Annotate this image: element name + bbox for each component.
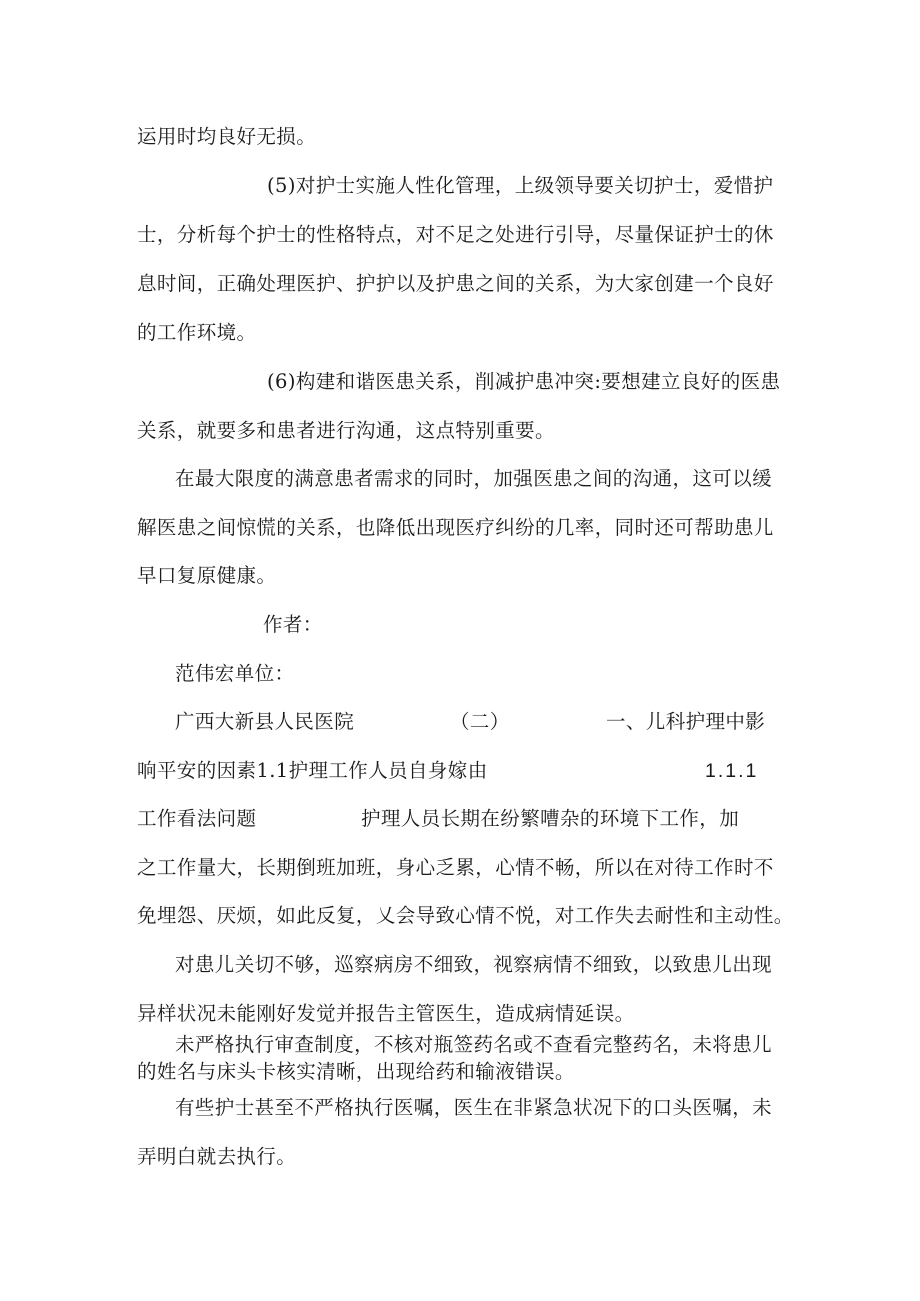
paragraph-line: 免埋怨、厌烦，如此反复，乂会导致心情不悦，对工作失去耐性和主动性。 [137, 904, 794, 928]
paragraph-line: 士，分析每个护士的性格特点，对不足之处进行引导，尽量保证护士的休 [137, 223, 774, 247]
paragraph-line: 弄明白就去执行。 [137, 1145, 296, 1169]
paragraph-line: 早口复原健康。 [137, 564, 276, 588]
author-label: 作者： [263, 613, 323, 637]
paragraph-line: 的姓名与床头卡核实清晰，出现给药和输液错误。 [137, 1060, 575, 1084]
subsection-heading: 响平安的因素1.1护理工作人员自身嫁由 [137, 759, 488, 783]
subsection-number: 1.1.1 [705, 759, 758, 783]
paragraph-line: 对患儿关切不够，巡察病房不细致，视察病情不细致，以致患儿出现 [175, 953, 772, 977]
paragraph-line: 的工作环境。 [137, 321, 256, 345]
paragraph-line: 在最大限度的满意患者需求的同时，加强医患之间的沟通，这可以缓 [175, 467, 772, 491]
section-number: （二） [450, 710, 510, 734]
list-item-5-line: (5)对护士实施人性化管理，上级领导要关切护士，爱惜护 [267, 174, 773, 198]
paragraph-line: 息时间，正确处理医护、护护以及护患之间的关系，为大家创建一个良好 [137, 272, 774, 296]
unit-label: 范伟宏单位： [175, 662, 294, 686]
section-heading: 一、儿科护理中影 [606, 710, 765, 734]
subsection-title: 工作看法问题 [137, 807, 256, 831]
paragraph-line: 关系，就要多和患者进行沟通，这点特别重要。 [137, 419, 555, 443]
paragraph-line: 运用时均良好无损。 [137, 125, 316, 149]
hospital-name: 广西大新县人民医院 [175, 710, 354, 734]
paragraph-line: 有些护士甚至不严格执行医嘱，医生在非紧急状况下的口头医嘱，未 [175, 1096, 772, 1120]
paragraph-line: 之工作量大，长期倒班加班，身心乏累，心情不畅，所以在对待工作时不 [137, 856, 774, 880]
paragraph-line: 护理人员长期在纷繁嘈杂的环境下工作，加 [361, 807, 739, 831]
paragraph-line: 异样状况未能刚好发觉并报告主管医生，造成病情延误。 [137, 1002, 635, 1026]
paragraph-line: 解医患之间惊慌的关系，也降低出现医疗纠纷的几率，同时还可帮助患儿 [137, 516, 774, 540]
document-page: 运用时均良好无损。 (5)对护士实施人性化管理，上级领导要关切护士，爱惜护 士，… [0, 0, 920, 1301]
list-item-6-line: (6)构建和谐医患关系，削减护患冲突:要想建立良好的医患 [267, 370, 780, 394]
paragraph-line: 未严格执行审查制度，不核对瓶签药名或不查看完整药名，未将患儿 [175, 1033, 772, 1057]
